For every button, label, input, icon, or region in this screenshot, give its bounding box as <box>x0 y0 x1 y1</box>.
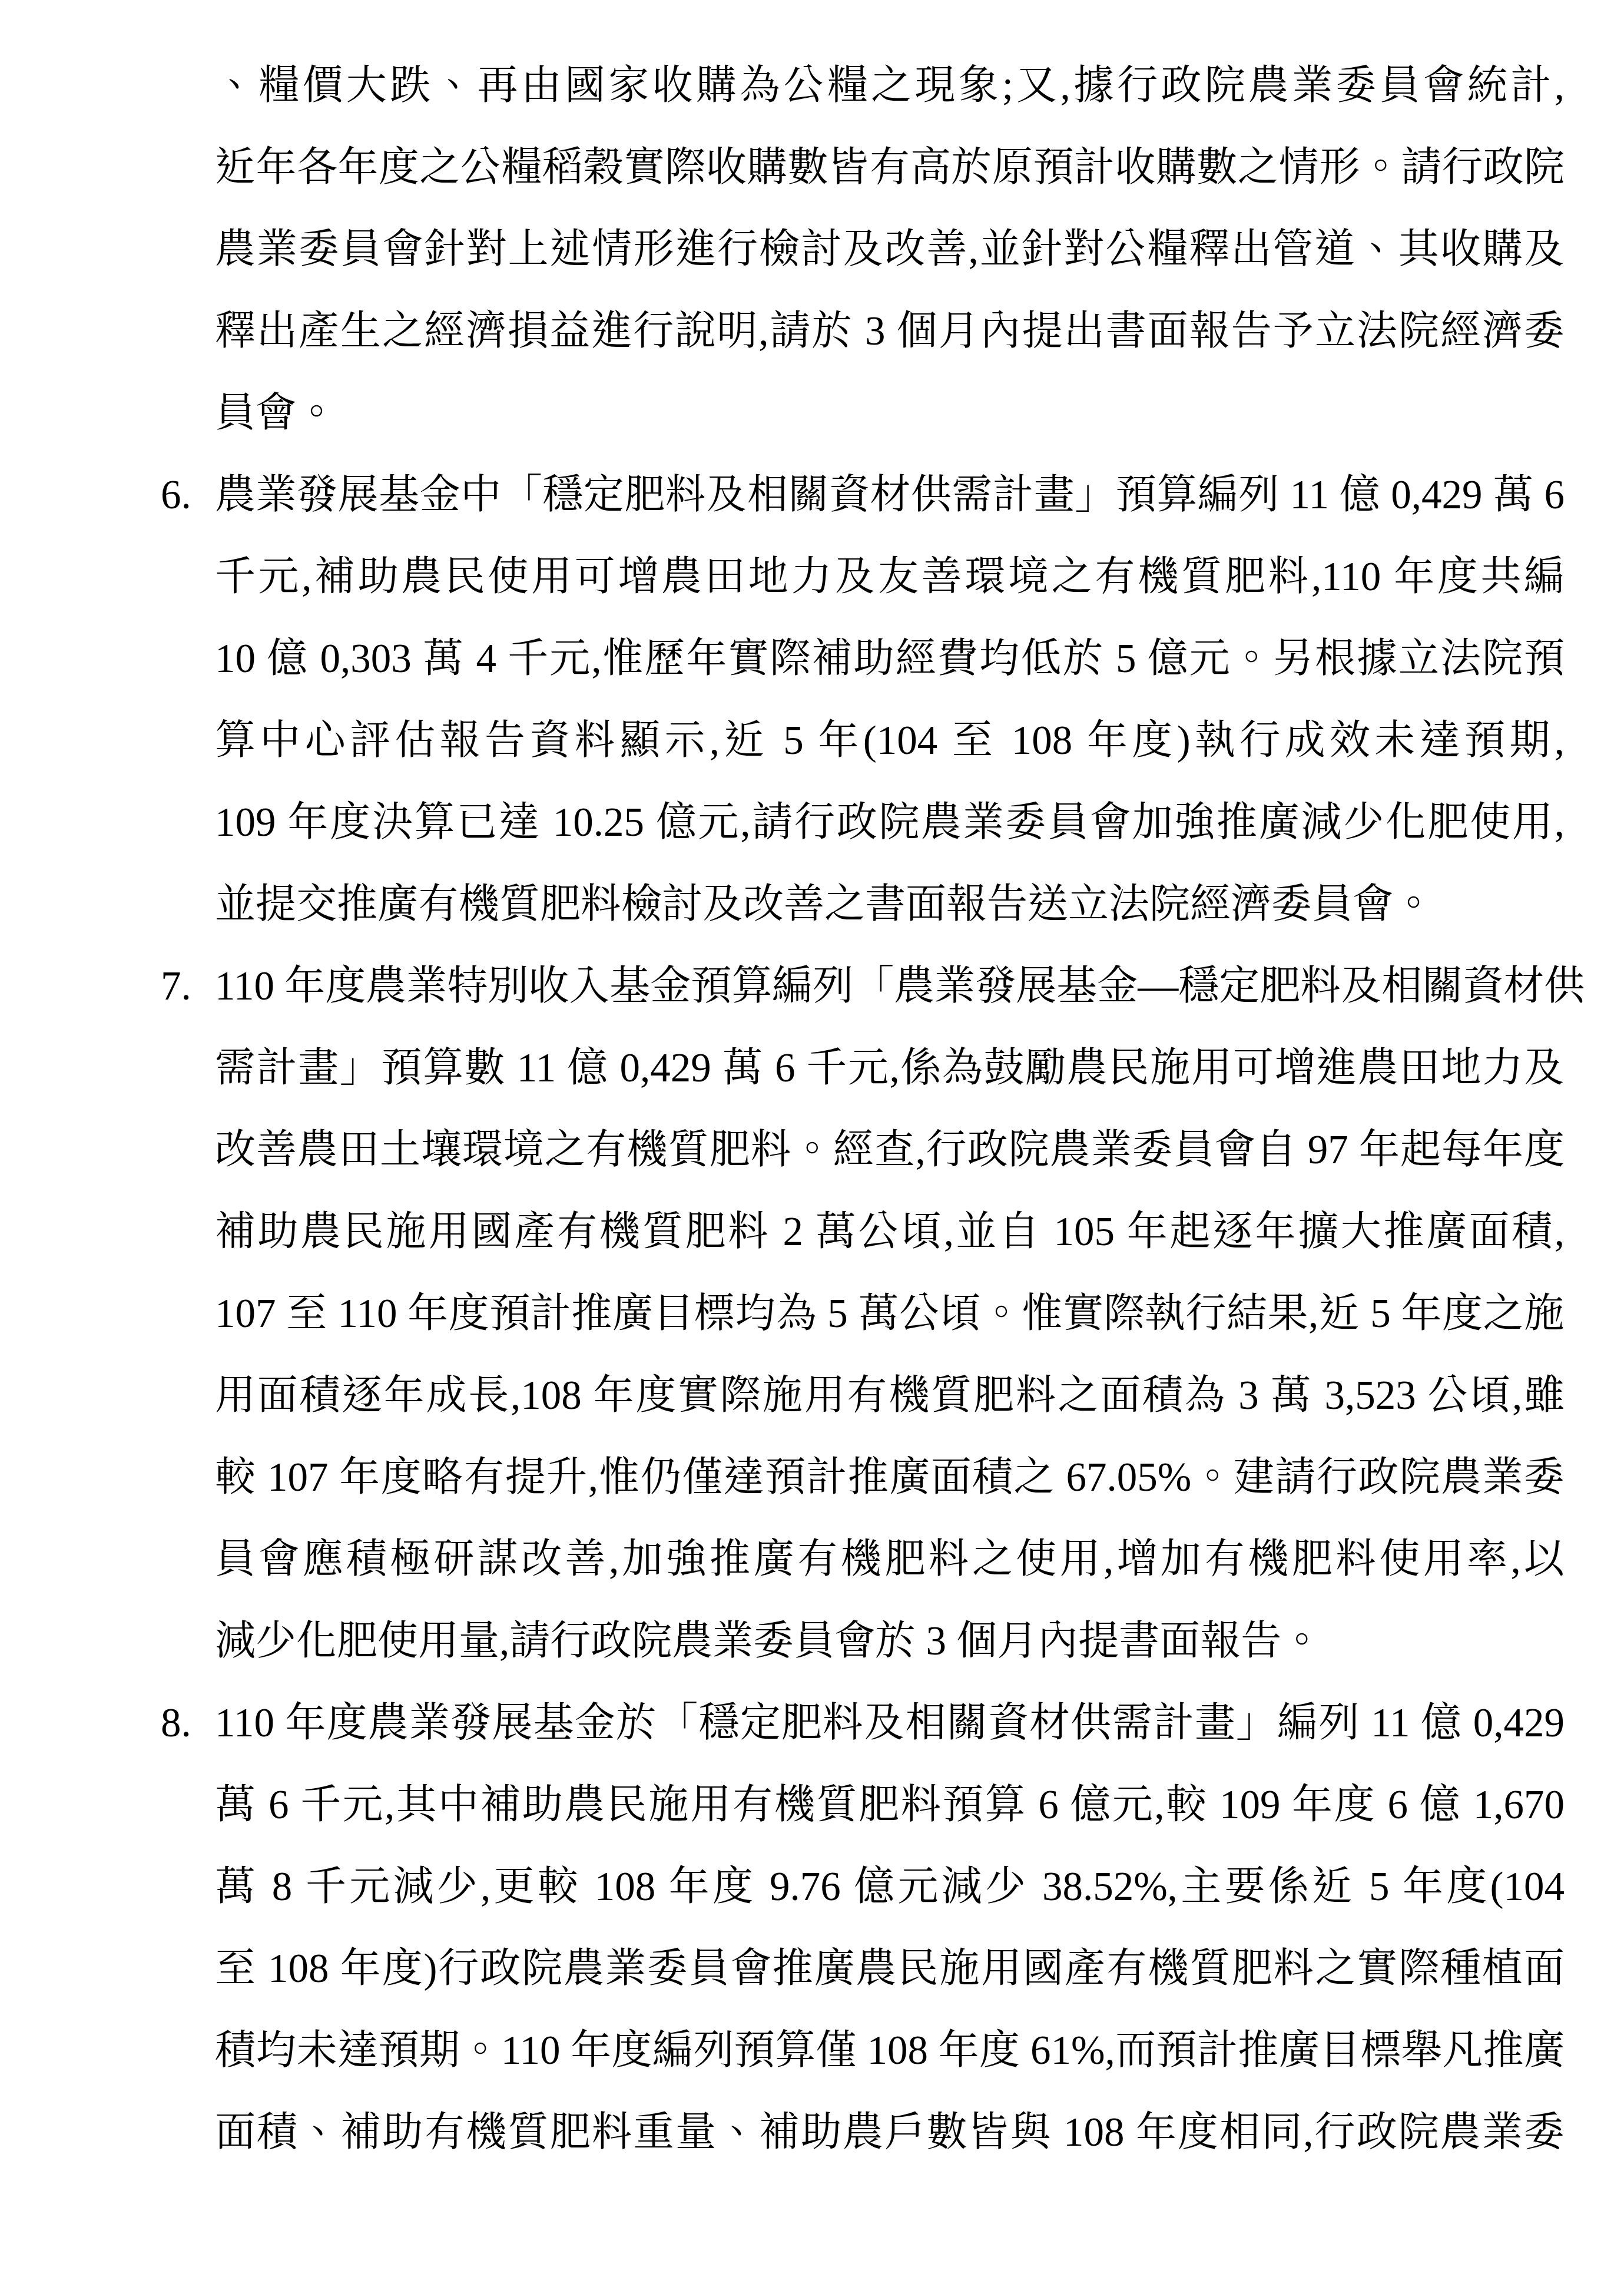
list-item-8-first-line: 8.110 年度農業發展基金於「穩定肥料及相關資材供需計畫」編列 11 億 0,… <box>215 1682 1565 1764</box>
line-text: 109 年度決算已達 10.25 億元,請行政院農業委員會加強推廣減少化肥使用, <box>215 800 1565 845</box>
text-line: 需計畫」預算數 11 億 0,429 萬 6 千元,係為鼓勵農民施用可增進農田地… <box>215 1027 1565 1109</box>
text-line: 算中心評估報告資料顯示,近 5 年(104 至 108 年度)執行成效未達預期, <box>215 700 1565 782</box>
text-line: 減少化肥使用量,請行政院農業委員會於 3 個月內提書面報告。 <box>215 1600 1565 1682</box>
line-text: 千元,補助農民使用可增農田地力及友善環境之有機質肥料,110 年度共編 <box>215 554 1565 599</box>
text-line: 千元,補助農民使用可增農田地力及友善環境之有機質肥料,110 年度共編 <box>215 536 1565 618</box>
text-line: 、糧價大跌、再由國家收購為公糧之現象;又,據行政院農業委員會統計, <box>215 45 1565 127</box>
text-line: 員會。 <box>215 372 1565 454</box>
text-line: 並提交推廣有機質肥料檢討及改善之書面報告送立法院經濟委員會。 <box>215 863 1565 945</box>
list-item-7-first-line: 7.110 年度農業特別收入基金預算編列「農業發展基金—穩定肥料及相關資材供 <box>215 945 1565 1027</box>
text-line: 用面積逐年成長,108 年度實際施用有機質肥料之面積為 3 萬 3,523 公頃… <box>215 1355 1565 1437</box>
list-item-number: 8. <box>161 1682 191 1764</box>
line-text: 110 年度農業發展基金於「穩定肥料及相關資材供需計畫」編列 11 億 0,42… <box>215 1700 1565 1745</box>
line-text: 農業發展基金中「穩定肥料及相關資材供需計畫」預算編列 11 億 0,429 萬 … <box>215 472 1565 517</box>
line-text: 算中心評估報告資料顯示,近 5 年(104 至 108 年度)執行成效未達預期, <box>215 718 1565 763</box>
text-line: 面積、補助有機質肥料重量、補助農戶數皆與 108 年度相同,行政院農業委 <box>215 2092 1565 2173</box>
list-item-6-first-line: 6.農業發展基金中「穩定肥料及相關資材供需計畫」預算編列 11 億 0,429 … <box>215 454 1565 536</box>
text-block: 、糧價大跌、再由國家收購為公糧之現象;又,據行政院農業委員會統計, 近年各年度之… <box>215 45 1565 2173</box>
line-text: 10 億 0,303 萬 4 千元,惟歷年實際補助經費均低於 5 億元。另根據立… <box>215 636 1565 681</box>
line-text: 需計畫」預算數 11 億 0,429 萬 6 千元,係為鼓勵農民施用可增進農田地… <box>215 1045 1565 1090</box>
text-line: 107 至 110 年度預計推廣目標均為 5 萬公頃。惟實際執行結果,近 5 年… <box>215 1273 1565 1355</box>
line-text: 萬 6 千元,其中補助農民施用有機質肥料預算 6 億元,較 109 年度 6 億… <box>215 1782 1565 1827</box>
text-line: 補助農民施用國產有機質肥料 2 萬公頃,並自 105 年起逐年擴大推廣面積, <box>215 1191 1565 1273</box>
line-text: 並提交推廣有機質肥料檢討及改善之書面報告送立法院經濟委員會。 <box>215 882 1434 926</box>
text-line: 近年各年度之公糧稻穀實際收購數皆有高於原預計收購數之情形。請行政院 <box>215 127 1565 209</box>
text-line: 改善農田土壤環境之有機質肥料。經查,行政院農業委員會自 97 年起每年度 <box>215 1109 1565 1191</box>
line-text: 員會。 <box>215 391 337 435</box>
line-text: 積均未達預期。110 年度編列預算僅 108 年度 61%,而預計推廣目標舉凡推… <box>215 2028 1565 2073</box>
line-text: 補助農民施用國產有機質肥料 2 萬公頃,並自 105 年起逐年擴大推廣面積, <box>215 1209 1565 1254</box>
text-line: 10 億 0,303 萬 4 千元,惟歷年實際補助經費均低於 5 億元。另根據立… <box>215 618 1565 700</box>
text-line: 較 107 年度略有提升,惟仍僅達預計推廣面積之 67.05%。建請行政院農業委 <box>215 1437 1565 1518</box>
text-line: 109 年度決算已達 10.25 億元,請行政院農業委員會加強推廣減少化肥使用, <box>215 782 1565 863</box>
line-text: 近年各年度之公糧稻穀實際收購數皆有高於原預計收購數之情形。請行政院 <box>215 145 1565 190</box>
document-page: 、糧價大跌、再由國家收購為公糧之現象;又,據行政院農業委員會統計, 近年各年度之… <box>0 0 1624 2280</box>
line-text: 至 108 年度)行政院農業委員會推廣農民施用國產有機質肥料之實際種植面 <box>215 1946 1565 1991</box>
list-item-number: 6. <box>161 454 191 536</box>
line-text: 較 107 年度略有提升,惟仍僅達預計推廣面積之 67.05%。建請行政院農業委 <box>215 1455 1565 1500</box>
line-text: 釋出產生之經濟損益進行說明,請於 3 個月內提出書面報告予立法院經濟委 <box>215 309 1565 353</box>
line-text: 農業委員會針對上述情形進行檢討及改善,並針對公糧釋出管道、其收購及 <box>215 227 1565 272</box>
line-text: 改善農田土壤環境之有機質肥料。經查,行政院農業委員會自 97 年起每年度 <box>215 1127 1565 1172</box>
text-line: 員會應積極研謀改善,加強推廣有機肥料之使用,增加有機肥料使用率,以 <box>215 1518 1565 1600</box>
text-line: 積均未達預期。110 年度編列預算僅 108 年度 61%,而預計推廣目標舉凡推… <box>215 2010 1565 2092</box>
line-text: 110 年度農業特別收入基金預算編列「農業發展基金—穩定肥料及相關資材供 <box>215 964 1585 1008</box>
text-line: 萬 8 千元減少,更較 108 年度 9.76 億元減少 38.52%,主要係近… <box>215 1846 1565 1928</box>
line-text: 員會應積極研謀改善,加強推廣有機肥料之使用,增加有機肥料使用率,以 <box>215 1537 1565 1581</box>
text-line: 釋出產生之經濟損益進行說明,請於 3 個月內提出書面報告予立法院經濟委 <box>215 290 1565 372</box>
line-text: 、糧價大跌、再由國家收購為公糧之現象;又,據行政院農業委員會統計, <box>215 63 1565 108</box>
list-item-number: 7. <box>161 945 191 1027</box>
line-text: 面積、補助有機質肥料重量、補助農戶數皆與 108 年度相同,行政院農業委 <box>215 2110 1565 2155</box>
line-text: 萬 8 千元減少,更較 108 年度 9.76 億元減少 38.52%,主要係近… <box>215 1864 1565 1909</box>
line-text: 用面積逐年成長,108 年度實際施用有機質肥料之面積為 3 萬 3,523 公頃… <box>215 1373 1565 1418</box>
text-line: 萬 6 千元,其中補助農民施用有機質肥料預算 6 億元,較 109 年度 6 億… <box>215 1764 1565 1846</box>
text-line: 至 108 年度)行政院農業委員會推廣農民施用國產有機質肥料之實際種植面 <box>215 1928 1565 2010</box>
line-text: 減少化肥使用量,請行政院農業委員會於 3 個月內提書面報告。 <box>215 1619 1322 1663</box>
text-line: 農業委員會針對上述情形進行檢討及改善,並針對公糧釋出管道、其收購及 <box>215 209 1565 290</box>
line-text: 107 至 110 年度預計推廣目標均為 5 萬公頃。惟實際執行結果,近 5 年… <box>215 1291 1565 1336</box>
